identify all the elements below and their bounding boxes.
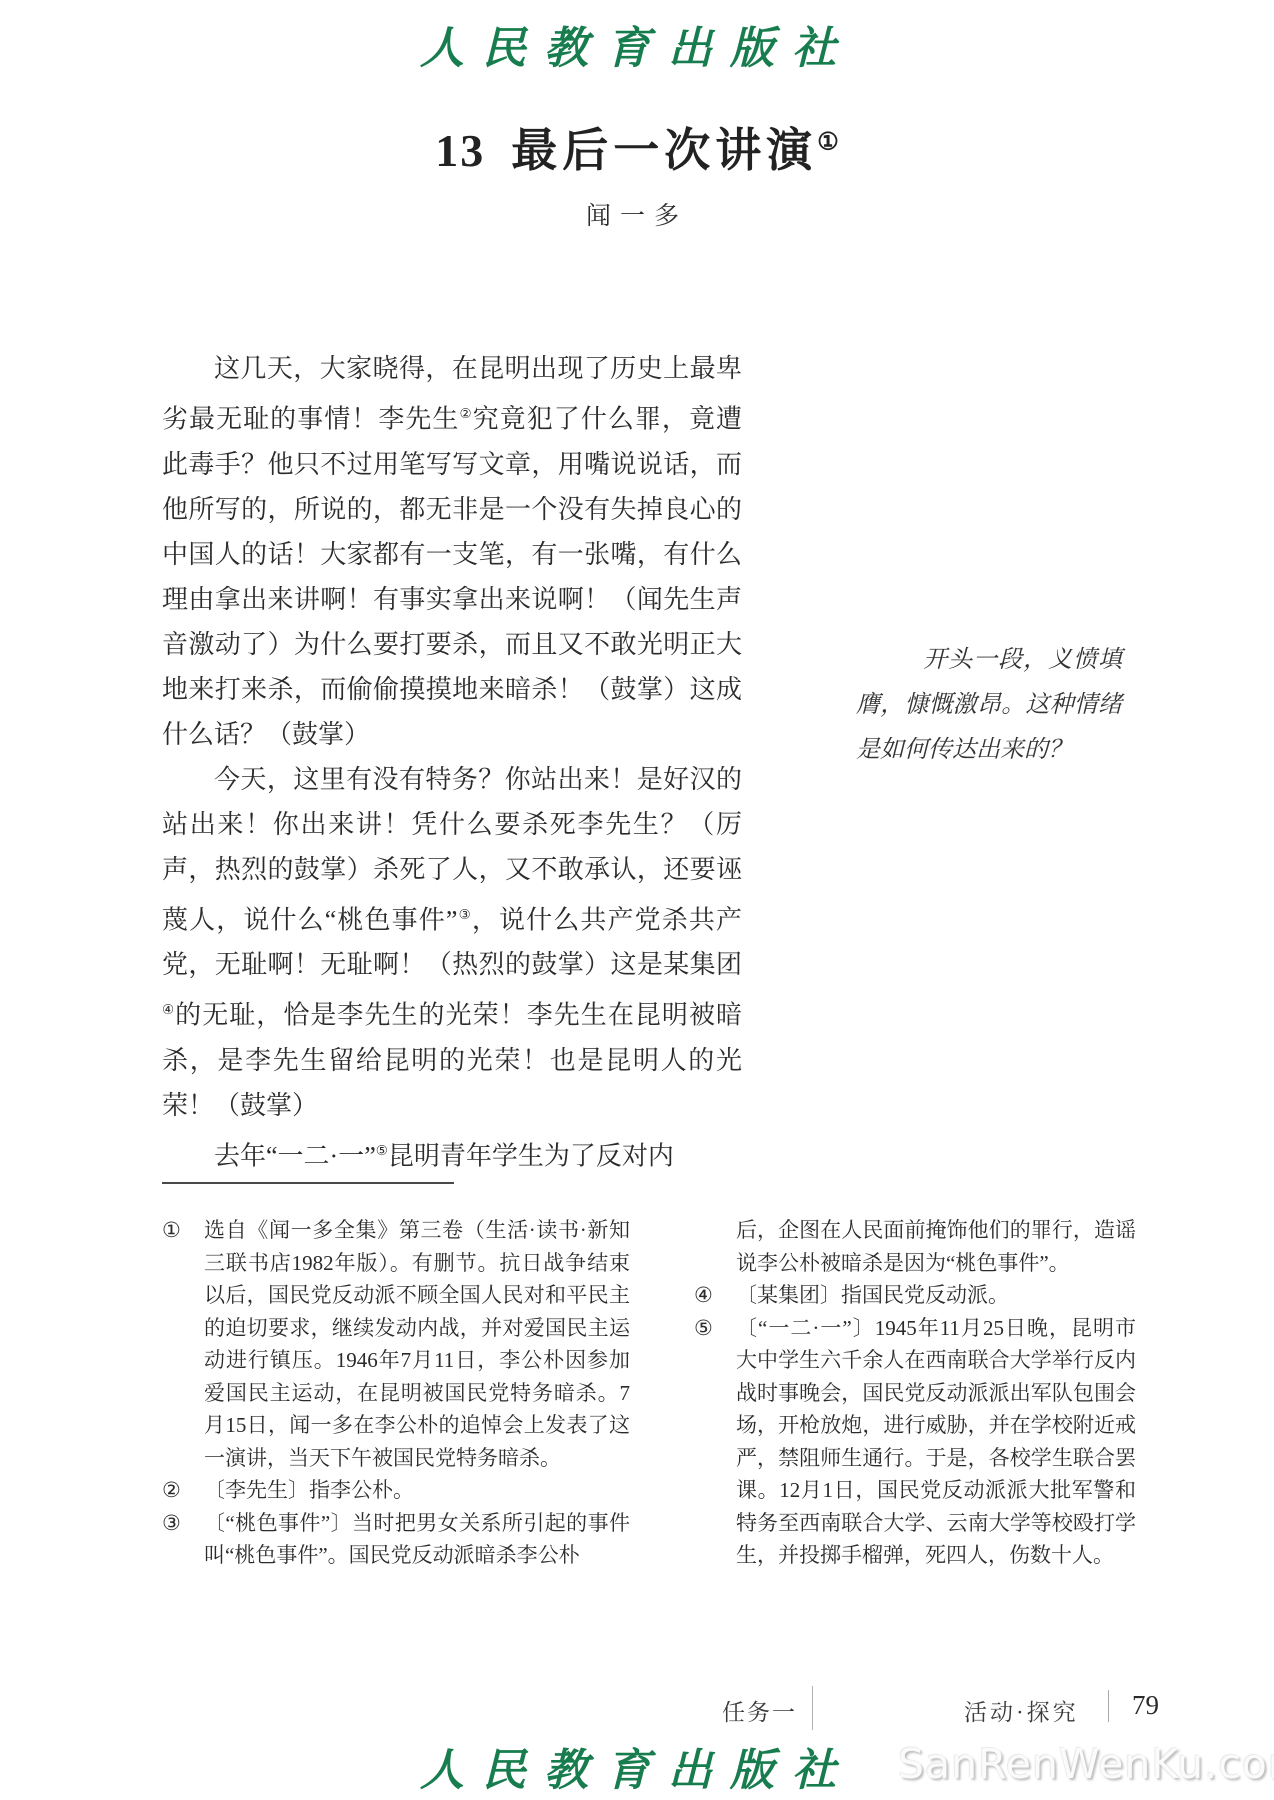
footnote-ref-2: ② bbox=[459, 406, 472, 421]
title-footnote-ref: ① bbox=[817, 130, 838, 156]
footnote-divider bbox=[162, 1182, 454, 1184]
margin-note: 开头一段，义愤填膺，慷慨激昂。这种情绪是如何传达出来的？ bbox=[856, 638, 1122, 773]
paragraph-1-text-cont: 究竟犯了什么罪，竟遭此毒手？他只不过用笔写写文章，用嘴说说话，而他所写的，所说的… bbox=[162, 405, 742, 749]
footnotes-left-column: ① 选自《闻一多全集》第三卷（生活·读书·新知三联书店1982年版）。有删节。抗… bbox=[162, 1214, 630, 1572]
body-paragraph-3: 去年“一二·一”⑤昆明青年学生为了反对内 bbox=[162, 1128, 742, 1179]
lesson-title-block: 13最后一次讲演① bbox=[0, 114, 1274, 180]
footnote-5-text: 〔“一二·一”〕1945年11月25日晚，昆明市大中学生六千余人在西南联合大学举… bbox=[736, 1316, 1136, 1568]
footnote-ref-4: ④ bbox=[162, 1002, 175, 1017]
footnote-2: ② 〔李先生〕指李公朴。 bbox=[162, 1474, 630, 1507]
footnote-4-marker: ④ bbox=[694, 1279, 713, 1312]
footnote-1: ① 选自《闻一多全集》第三卷（生活·读书·新知三联书店1982年版）。有删节。抗… bbox=[162, 1214, 630, 1474]
page-number-divider-line bbox=[1108, 1690, 1109, 1722]
speech-text: 这几天，大家晓得，在昆明出现了历史上最卑劣最无耻的事情！李先生②究竟犯了什么罪，… bbox=[162, 346, 742, 1179]
textbook-page: 人民教育出版社 13最后一次讲演① 闻一多 这几天，大家晓得，在昆明出现了历史上… bbox=[0, 0, 1274, 1800]
paragraph-2-text-cont2: 的无耻，恰是李先生的光荣！李先生在昆明被暗杀，是李先生留给昆明的光荣！也是昆明人… bbox=[162, 1001, 742, 1120]
footnote-ref-3: ③ bbox=[457, 907, 471, 922]
footnotes-right-column: 后，企图在人民面前掩饰他们的罪行，造谣说李公朴被暗杀是因为“桃色事件”。 ④ 〔… bbox=[694, 1214, 1136, 1572]
footer-task-label: 任务一 bbox=[722, 1694, 797, 1727]
footnote-1-text: 选自《闻一多全集》第三卷（生活·读书·新知三联书店1982年版）。有删节。抗日战… bbox=[204, 1218, 630, 1470]
footer-divider-line bbox=[812, 1686, 813, 1730]
footnote-4: ④ 〔某集团〕指国民党反动派。 bbox=[694, 1279, 1136, 1312]
footnote-3-text: 〔“桃色事件”〕当时把男女关系所引起的事件叫“桃色事件”。国民党反动派暗杀李公朴 bbox=[204, 1511, 630, 1568]
footnote-5: ⑤ 〔“一二·一”〕1945年11月25日晚，昆明市大中学生六千余人在西南联合大… bbox=[694, 1312, 1136, 1572]
body-paragraph-1: 这几天，大家晓得，在昆明出现了历史上最卑劣最无耻的事情！李先生②究竟犯了什么罪，… bbox=[162, 346, 742, 757]
paragraph-3-text-cont: 昆明青年学生为了反对内 bbox=[388, 1142, 674, 1171]
footnote-2-marker: ② bbox=[162, 1474, 181, 1507]
footnote-5-marker: ⑤ bbox=[694, 1312, 713, 1345]
paragraph-3-text: 去年“一二·一” bbox=[214, 1142, 376, 1171]
lesson-number: 13 bbox=[435, 125, 485, 176]
footnote-ref-5: ⑤ bbox=[376, 1143, 388, 1158]
footnote-3-marker: ③ bbox=[162, 1507, 181, 1540]
page-number: 79 bbox=[1132, 1690, 1159, 1721]
publisher-logo-top: 人民教育出版社 bbox=[0, 12, 1274, 76]
footnote-3-continuation: 后，企图在人民面前掩饰他们的罪行，造谣说李公朴被暗杀是因为“桃色事件”。 bbox=[694, 1214, 1136, 1279]
footnote-2-text: 〔李先生〕指李公朴。 bbox=[204, 1478, 414, 1502]
footnote-4-text: 〔某集团〕指国民党反动派。 bbox=[736, 1283, 1009, 1307]
footnote-1-marker: ① bbox=[162, 1214, 181, 1247]
footnote-3-cont-text: 后，企图在人民面前掩饰他们的罪行，造谣说李公朴被暗杀是因为“桃色事件”。 bbox=[736, 1218, 1136, 1275]
body-paragraph-2: 今天，这里有没有特务？你站出来！是好汉的站出来！你出来讲！凭什么要杀死李先生？（… bbox=[162, 757, 742, 1128]
footnote-3: ③ 〔“桃色事件”〕当时把男女关系所引起的事件叫“桃色事件”。国民党反动派暗杀李… bbox=[162, 1507, 630, 1572]
watermark: SanRenWenKu.com bbox=[898, 1740, 1274, 1788]
footer-section-label: 活动·探究 bbox=[964, 1694, 1079, 1727]
lesson-title: 最后一次讲演 bbox=[511, 125, 817, 176]
author-name: 闻一多 bbox=[0, 196, 1274, 232]
